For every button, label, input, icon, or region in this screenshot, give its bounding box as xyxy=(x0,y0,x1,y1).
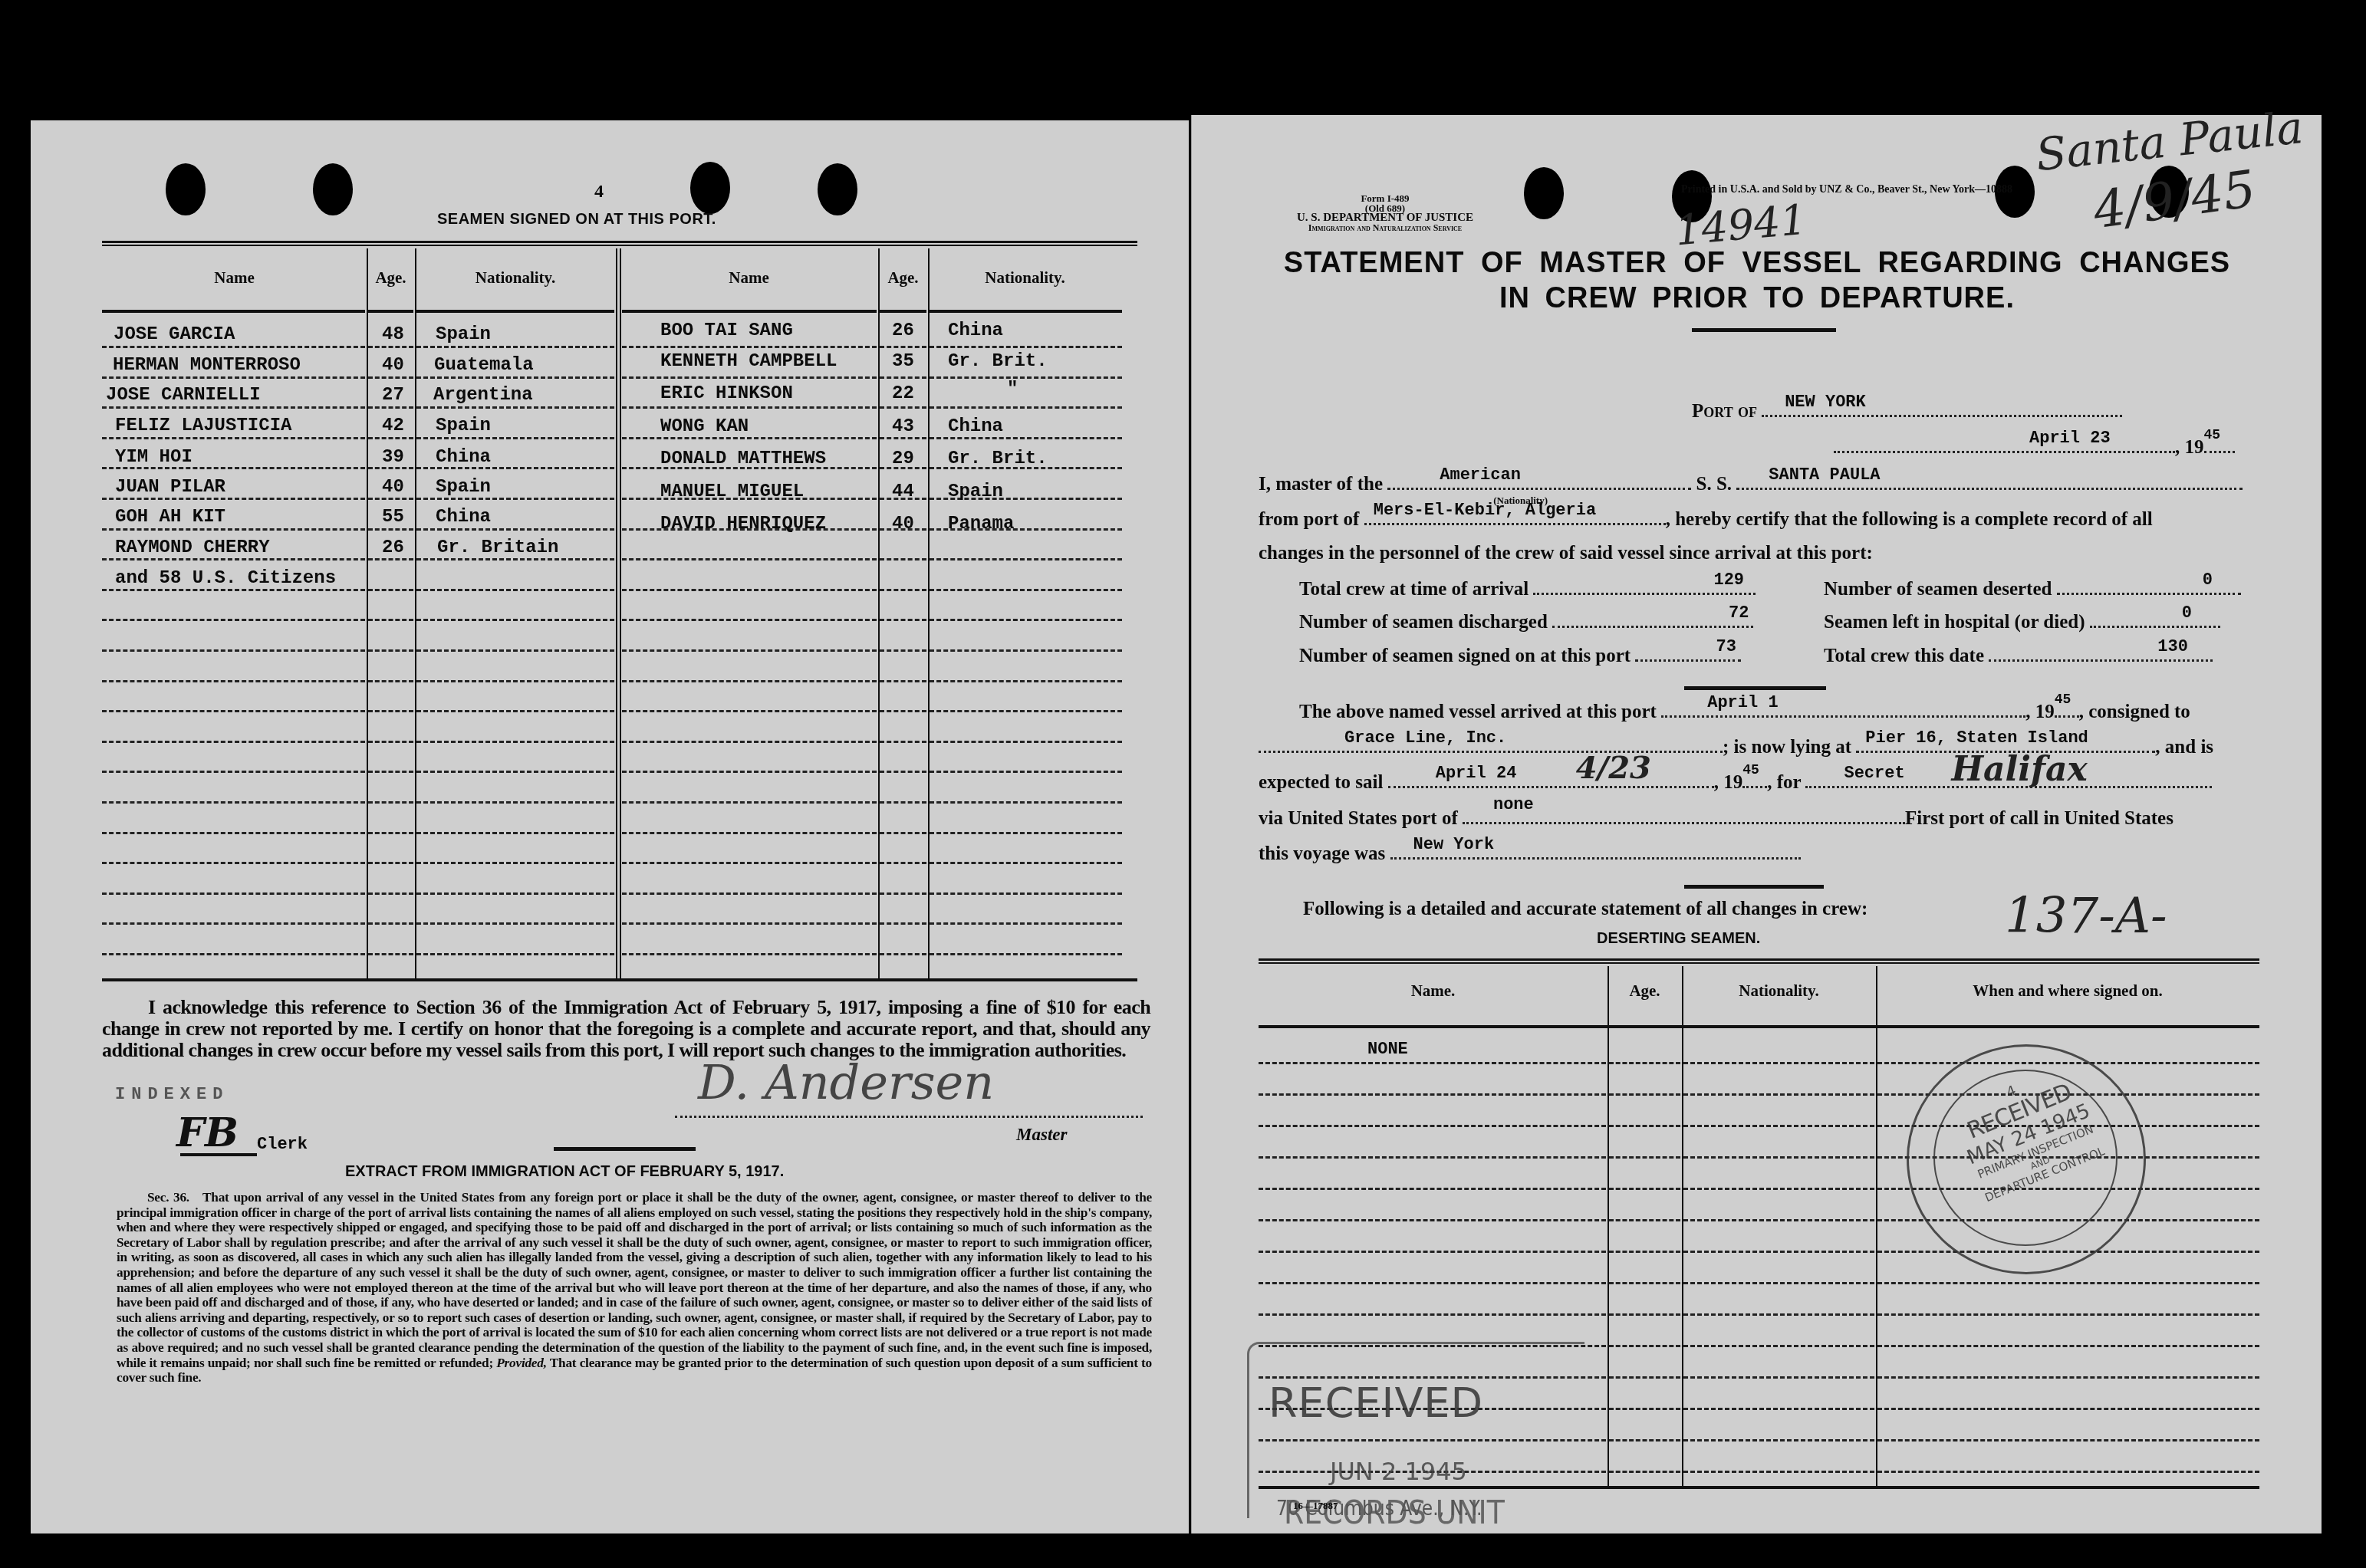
row-rule xyxy=(1877,1408,2259,1410)
row-rule xyxy=(1683,1282,1874,1284)
row-rule xyxy=(880,589,926,591)
voyage-field: this voyage was New York xyxy=(1259,843,1801,865)
row-rule xyxy=(1609,1471,1680,1473)
row-rule xyxy=(1609,1345,1680,1347)
row-rule xyxy=(880,710,926,712)
row-rule xyxy=(1259,1156,1606,1159)
seaman-nationality: Panama xyxy=(948,513,1014,536)
header-name: Name. xyxy=(1259,981,1607,1001)
row-rule xyxy=(930,892,1122,895)
destination-handwritten: Halifax xyxy=(1951,750,2087,789)
row-rule xyxy=(1259,1219,1606,1221)
stat-deserted: Number of seamen deserted 0 xyxy=(1824,579,2241,600)
row-rule xyxy=(1877,1345,2259,1347)
row-rule xyxy=(1683,1125,1874,1127)
row-rule xyxy=(416,953,614,955)
row-rule xyxy=(102,741,365,743)
seaman-name: RAYMOND CHERRY xyxy=(115,537,270,560)
seaman-name: DAVID HENRIQUEZ xyxy=(660,513,826,536)
seaman-age: 40 xyxy=(382,476,404,499)
row-rule xyxy=(1609,1251,1680,1253)
extract-section-label: Sec. 36. xyxy=(117,1190,189,1205)
seaman-age: 40 xyxy=(892,513,914,536)
row-rule xyxy=(368,649,413,652)
row-rule xyxy=(622,558,877,560)
row-rule xyxy=(102,619,365,621)
row-rule xyxy=(416,589,614,591)
extract-text: That upon arrival of any vessel in the U… xyxy=(117,1190,1152,1370)
row-rule xyxy=(368,832,413,834)
row-rule xyxy=(1683,1376,1874,1379)
master-signature: D. Andersen xyxy=(698,1054,994,1110)
seaman-age: 55 xyxy=(382,506,404,529)
seaman-name: FELIZ LAJUSTICIA xyxy=(115,415,291,438)
stat-total-arrival: Total crew at time of arrival 129 xyxy=(1299,579,1756,600)
header-nationality: Nationality. xyxy=(1682,981,1876,1001)
row-rule xyxy=(880,832,926,834)
from-port-value[interactable]: Mers-El-Kebir, Algeria xyxy=(1374,501,1666,520)
row-rule xyxy=(102,922,365,925)
row-rule xyxy=(416,619,614,621)
row-rule xyxy=(622,953,877,955)
row-rule xyxy=(880,801,926,804)
row-rule xyxy=(1683,1345,1874,1347)
seaman-age: 44 xyxy=(892,481,914,504)
printer-note: Printed in U.S.A. and Sold by UNZ & Co.,… xyxy=(1681,184,2012,196)
row-rule xyxy=(102,892,365,895)
row-rule xyxy=(622,589,877,591)
left-page: 4 SEAMEN SIGNED ON AT THIS PORT. Name Ag… xyxy=(31,120,1189,1533)
row-rule xyxy=(1609,1093,1680,1096)
row-rule xyxy=(930,771,1122,773)
row-rule xyxy=(102,801,365,804)
row-rule xyxy=(930,589,1122,591)
row-rule xyxy=(416,771,614,773)
row-rule xyxy=(1259,1125,1606,1127)
row-rule xyxy=(930,619,1122,621)
seaman-nationality: Gr. Brit. xyxy=(948,448,1048,471)
row-rule xyxy=(930,801,1122,804)
row-rule xyxy=(1683,1408,1874,1410)
master-of-field: I, master of the American (Nationality) … xyxy=(1259,474,2243,495)
form-header: Form I-489 (Old 689) U. S. DEPARTMENT OF… xyxy=(1259,193,1512,233)
seaman-nationality: China xyxy=(948,416,1003,439)
row-rule xyxy=(1683,1313,1874,1316)
header-name: Name xyxy=(102,268,367,288)
seaman-name: DONALD MATTHEWS xyxy=(660,448,826,471)
seaman-nationality: Spain xyxy=(436,324,491,347)
row-rule xyxy=(368,619,413,621)
seaman-age: 22 xyxy=(892,383,914,406)
row-rule xyxy=(622,406,877,409)
row-rule xyxy=(930,406,1122,409)
row-rule xyxy=(880,862,926,864)
stat-discharged: Number of seamen discharged 72 xyxy=(1299,612,1753,633)
row-rule xyxy=(622,892,877,895)
records-received: RECEIVED xyxy=(1269,1379,1483,1427)
row-rule xyxy=(368,922,413,925)
row-rule xyxy=(622,741,877,743)
expected-handwritten: 4/23 xyxy=(1576,750,1651,786)
row-rule xyxy=(930,376,1122,379)
seaman-name: MANUEL MIGUEL xyxy=(660,481,804,504)
us-citizens-note: and 58 U.S. Citizens xyxy=(115,567,336,590)
row-rule xyxy=(930,346,1122,348)
row-rule xyxy=(1683,1471,1874,1473)
row-rule xyxy=(1683,1062,1874,1064)
row-rule xyxy=(1877,1313,2259,1316)
extract-body: Sec. 36. That upon arrival of any vessel… xyxy=(117,1190,1152,1386)
row-rule xyxy=(622,619,877,621)
header-nationality: Nationality. xyxy=(415,268,616,288)
indexed-stamp: INDEXED xyxy=(115,1085,229,1104)
right-page: Santa Paula 4/9/45 Form I-489 (Old 689) … xyxy=(1191,115,2322,1533)
row-rule xyxy=(1609,1313,1680,1316)
row-rule xyxy=(1609,1376,1680,1379)
row-rule xyxy=(1259,1313,1606,1316)
voyage-value[interactable]: New York xyxy=(1413,835,1801,854)
row-rule xyxy=(102,710,365,712)
date-field: April 23 , 1945 xyxy=(1834,437,2235,459)
ditto-mark: " xyxy=(1007,379,1018,402)
via-port-value[interactable]: none xyxy=(1493,795,1905,814)
seaman-age: 26 xyxy=(382,537,404,560)
stat-signed-on: Number of seamen signed on at this port … xyxy=(1299,646,1741,667)
from-port-field: from port of Mers-El-Kebir, Algeria , he… xyxy=(1259,509,2153,531)
row-rule xyxy=(368,801,413,804)
row-rule xyxy=(1609,1188,1680,1190)
port-field: Port of NEW YORK xyxy=(1692,401,2122,422)
certify-text-2: changes in the personnel of the crew of … xyxy=(1259,543,1873,564)
row-rule xyxy=(1259,1282,1606,1284)
punch-hole xyxy=(690,162,730,214)
row-rule xyxy=(1877,1471,2259,1473)
seaman-nationality: Argentina xyxy=(433,384,533,407)
row-rule xyxy=(622,922,877,925)
row-rule xyxy=(622,710,877,712)
seaman-age: 39 xyxy=(382,446,404,469)
via-port-field: via United States port of noneFirst port… xyxy=(1259,808,2173,830)
row-rule xyxy=(1683,1093,1874,1096)
service-name: Immigration and Naturalization Service xyxy=(1259,223,1512,233)
row-rule xyxy=(1609,1062,1680,1064)
row-rule xyxy=(930,922,1122,925)
port-value[interactable]: NEW YORK xyxy=(1785,393,2122,412)
seaman-name: BOO TAI SANG xyxy=(660,320,793,343)
row-rule xyxy=(1609,1439,1680,1441)
row-rule xyxy=(880,649,926,652)
seaman-name: WONG KAN xyxy=(660,416,749,439)
following-text: Following is a detailed and accurate sta… xyxy=(1303,899,1867,920)
signed-on-table: Name Age. Nationality. Name Age. Nationa… xyxy=(102,241,1137,1101)
seaman-nationality: Gr. Brit. xyxy=(948,350,1048,373)
seaman-name: GOH AH KIT xyxy=(115,506,225,529)
row-rule xyxy=(880,741,926,743)
row-rule xyxy=(1259,1188,1606,1190)
seaman-age: 29 xyxy=(892,448,914,471)
row-rule xyxy=(1683,1251,1874,1253)
row-rule xyxy=(880,346,926,348)
row-rule xyxy=(1259,1062,1606,1064)
seaman-nationality: Spain xyxy=(436,415,491,438)
seaman-age: 48 xyxy=(382,324,404,347)
arrived-value[interactable]: April 1 xyxy=(1707,693,2025,712)
title-line-2: IN CREW PRIOR TO DEPARTURE. xyxy=(1192,281,2322,316)
row-rule xyxy=(1609,1408,1680,1410)
row-rule xyxy=(102,862,365,864)
seaman-age: 40 xyxy=(382,354,404,377)
row-rule xyxy=(622,862,877,864)
row-rule xyxy=(1877,1439,2259,1441)
stat-total-date: Total crew this date 130 xyxy=(1824,646,2213,667)
header-age: Age. xyxy=(1607,981,1682,1001)
seaman-nationality: China xyxy=(436,506,491,529)
punch-hole xyxy=(1524,167,1564,219)
row-rule xyxy=(1683,1219,1874,1221)
row-rule xyxy=(1683,1156,1874,1159)
nationality-value[interactable]: American xyxy=(1440,465,1691,485)
row-rule xyxy=(368,741,413,743)
row-rule xyxy=(368,771,413,773)
header-nationality: Nationality. xyxy=(928,268,1122,288)
row-rule xyxy=(1609,1156,1680,1159)
records-unit-stamp: RECEIVED JUN 2 1945 RECORDS UNIT xyxy=(1247,1342,1584,1518)
row-rule xyxy=(416,680,614,682)
row-rule xyxy=(416,649,614,652)
row-rule xyxy=(102,649,365,652)
row-rule xyxy=(930,832,1122,834)
row-rule xyxy=(1683,1439,1874,1441)
row-rule xyxy=(1609,1125,1680,1127)
form-title: STATEMENT OF MASTER OF VESSEL REGARDING … xyxy=(1192,245,2322,316)
extract-title: EXTRACT FROM IMMIGRATION ACT OF FEBRUARY… xyxy=(345,1163,784,1181)
seaman-nationality: Guatemala xyxy=(434,354,534,377)
punch-hole xyxy=(313,163,353,215)
row-rule xyxy=(368,589,413,591)
seaman-name: KENNETH CAMPBELL xyxy=(660,350,837,373)
seaman-age: 27 xyxy=(382,384,404,407)
date-year[interactable]: 45 xyxy=(2204,428,2235,443)
header-age: Age. xyxy=(367,268,415,288)
deserting-title: DESERTING SEAMEN. xyxy=(1597,930,1760,948)
seaman-name: JOSE GARCIA xyxy=(114,324,235,347)
seaman-nationality: China xyxy=(948,320,1003,343)
header-age: Age. xyxy=(878,268,928,288)
section-title: SEAMEN SIGNED ON AT THIS PORT. xyxy=(437,211,716,228)
vessel-name[interactable]: SANTA PAULA xyxy=(1769,465,2243,485)
seaman-nationality: China xyxy=(436,446,491,469)
row-rule xyxy=(880,619,926,621)
page-number: 4 xyxy=(594,182,604,202)
row-rule xyxy=(1877,1376,2259,1379)
seaman-nationality: Spain xyxy=(436,476,491,499)
row-rule xyxy=(622,376,877,379)
consignee-value[interactable]: Grace Line, Inc. xyxy=(1344,728,1723,748)
seaman-age: 42 xyxy=(382,415,404,438)
row-rule xyxy=(930,862,1122,864)
arrived-field: The above named vessel arrived at this p… xyxy=(1299,702,2190,723)
handwritten-file-code: 137-A- xyxy=(2005,888,2167,945)
row-rule xyxy=(368,680,413,682)
row-rule xyxy=(622,649,877,652)
row-rule xyxy=(1609,1282,1680,1284)
stat-hospital: Seamen left in hospital (or died) 0 xyxy=(1824,612,2220,633)
seaman-age: 43 xyxy=(892,416,914,439)
seaman-name: YIM HOI xyxy=(115,446,193,469)
row-rule xyxy=(416,801,614,804)
date-value[interactable]: April 23 xyxy=(2029,429,2175,448)
seaman-nationality: Gr. Britain xyxy=(437,537,558,560)
row-rule xyxy=(416,710,614,712)
row-rule xyxy=(1259,1251,1606,1253)
row-rule xyxy=(880,558,926,560)
row-rule xyxy=(416,892,614,895)
row-rule xyxy=(416,832,614,834)
row-rule xyxy=(1877,1282,2259,1284)
row-rule xyxy=(622,346,877,348)
row-rule xyxy=(880,771,926,773)
punch-hole xyxy=(166,163,206,215)
header-name: Name xyxy=(620,268,878,288)
deserter-name: NONE xyxy=(1367,1038,1408,1061)
clerk-label: Clerk xyxy=(257,1135,308,1154)
row-rule xyxy=(368,953,413,955)
row-rule xyxy=(622,832,877,834)
row-rule xyxy=(880,892,926,895)
row-rule xyxy=(368,710,413,712)
row-rule xyxy=(368,862,413,864)
seaman-nationality: Spain xyxy=(948,481,1003,504)
clerk-initials: FB xyxy=(176,1109,239,1156)
row-rule xyxy=(930,953,1122,955)
row-rule xyxy=(102,832,365,834)
title-line-1: STATEMENT OF MASTER OF VESSEL REGARDING … xyxy=(1192,245,2322,281)
primary-inspection-stamp: 4 RECEIVED MAY 24 1945 PRIMARY INSPECTIO… xyxy=(1907,1044,2146,1274)
expected-field: expected to sail April 24 4/23 , 1945, f… xyxy=(1259,772,2212,794)
row-rule xyxy=(880,406,926,409)
seaman-name: ERIC HINKSON xyxy=(660,383,793,406)
seaman-age: 35 xyxy=(892,350,914,373)
row-rule xyxy=(622,771,877,773)
row-rule xyxy=(880,922,926,925)
row-rule xyxy=(1259,1093,1606,1096)
seaman-name: JOSE CARNIELLI xyxy=(106,384,261,407)
row-rule xyxy=(930,558,1122,560)
records-date: JUN 2 1945 xyxy=(1330,1457,1467,1486)
row-rule xyxy=(368,892,413,895)
row-rule xyxy=(880,953,926,955)
lying-value[interactable]: Pier 16, Staten Island xyxy=(1865,728,2155,748)
row-rule xyxy=(930,649,1122,652)
row-rule xyxy=(880,376,926,379)
row-rule xyxy=(622,680,877,682)
row-rule xyxy=(1683,1188,1874,1190)
row-rule xyxy=(622,801,877,804)
header-when-where: When and where signed on. xyxy=(1876,981,2259,1001)
expected-value[interactable]: April 24 xyxy=(1436,764,1714,783)
row-rule xyxy=(416,862,614,864)
row-rule xyxy=(102,953,365,955)
row-rule xyxy=(880,680,926,682)
row-rule xyxy=(102,771,365,773)
row-rule xyxy=(930,741,1122,743)
punch-hole xyxy=(818,163,857,215)
extract-provided: Provided, xyxy=(496,1356,546,1370)
seaman-name: JUAN PILAR xyxy=(115,476,225,499)
footer-code: 16—17887 xyxy=(1293,1500,1338,1512)
row-rule xyxy=(416,741,614,743)
master-label: Master xyxy=(1016,1125,1067,1145)
seaman-age: 26 xyxy=(892,320,914,343)
seaman-name: HERMAN MONTERROSO xyxy=(113,354,301,377)
acknowledgment-text: I acknowledge this reference to Section … xyxy=(102,997,1150,1061)
row-rule xyxy=(1609,1219,1680,1221)
row-rule xyxy=(930,680,1122,682)
row-rule xyxy=(416,922,614,925)
row-rule xyxy=(930,710,1122,712)
row-rule xyxy=(102,680,365,682)
